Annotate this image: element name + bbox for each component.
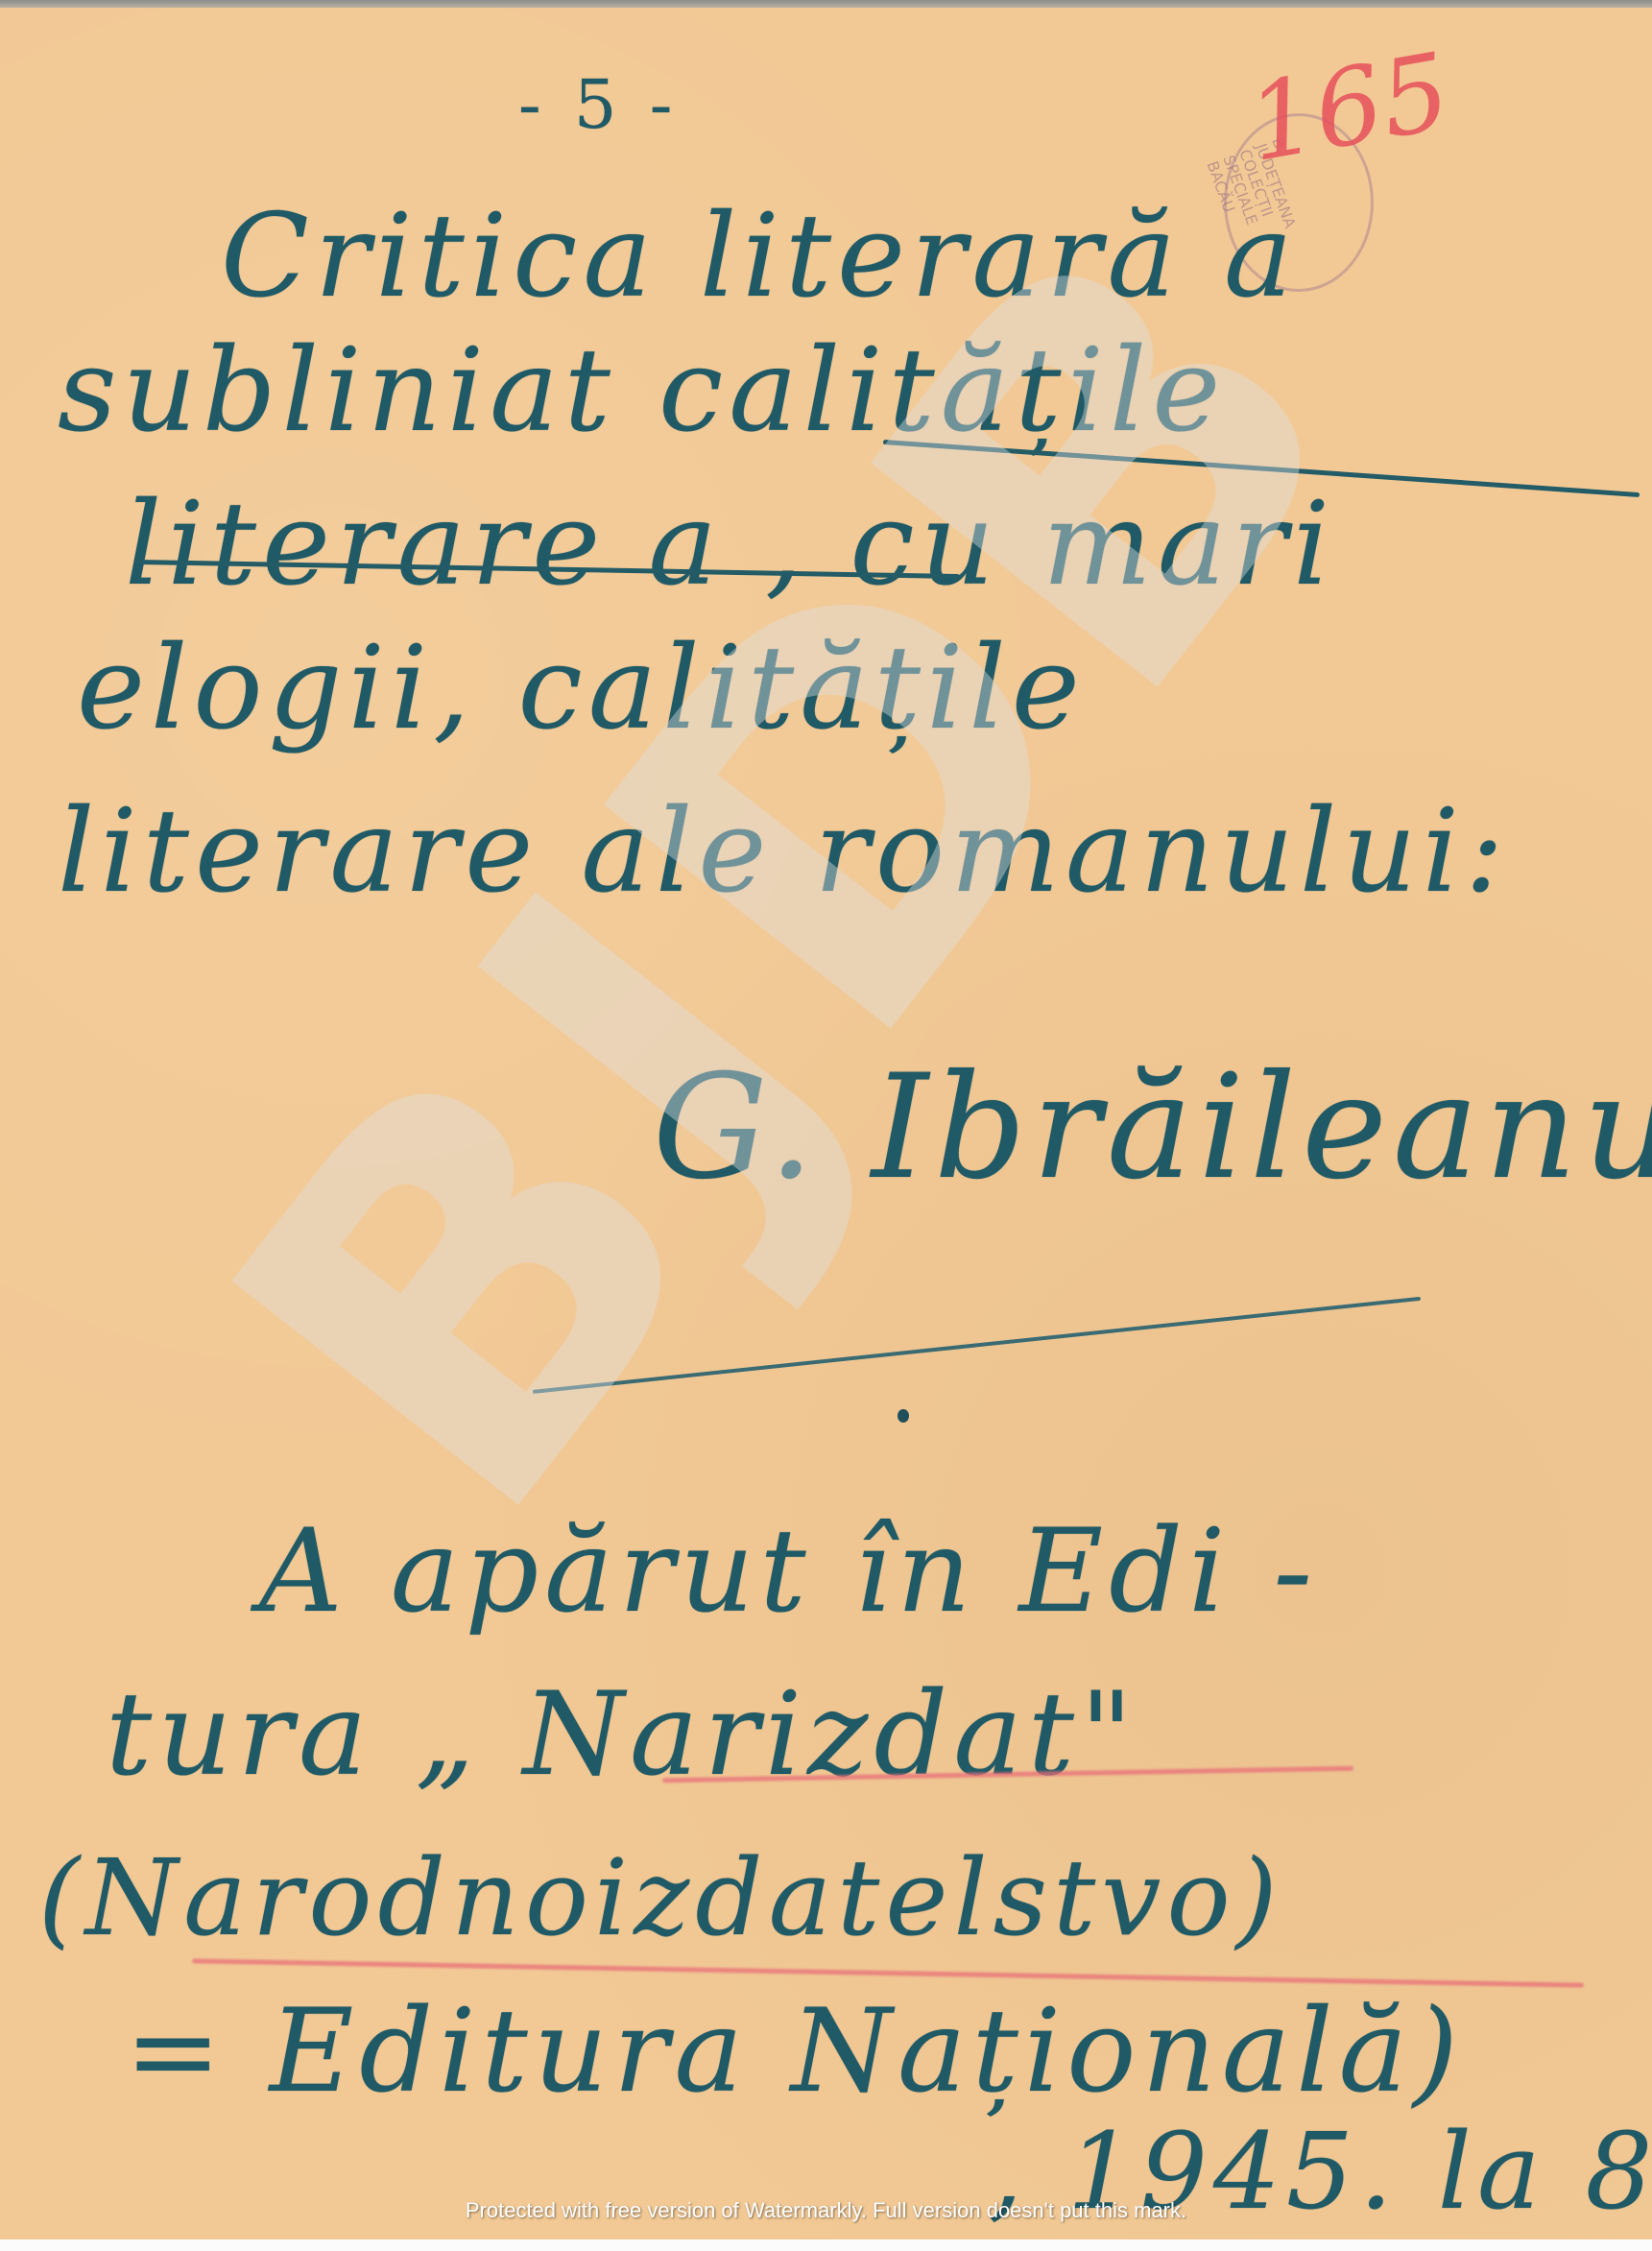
note-line-2: tura „ Narizdat" — [106, 1668, 1138, 1802]
note-line-3: (Narodnoizdatelstvo) — [38, 1836, 1283, 1959]
watermarkly-notice: Protected with free version of Watermark… — [0, 2198, 1652, 2223]
note-line-1: A apărut în Edi - — [259, 1505, 1318, 1639]
manuscript-page: - 5 - B. JUDEȚEANA COLECȚII SPECIALE BAC… — [0, 8, 1652, 2239]
page-marker: - 5 - — [518, 65, 678, 144]
red-underline-2 — [192, 1958, 1584, 1987]
note-line-4: = Editura Națională) — [125, 1985, 1464, 2119]
archive-number: 165 — [1238, 30, 1458, 186]
scan-top-edge — [0, 0, 1652, 8]
ink-dot — [898, 1409, 909, 1423]
scan-bottom-edge — [0, 2239, 1652, 2251]
